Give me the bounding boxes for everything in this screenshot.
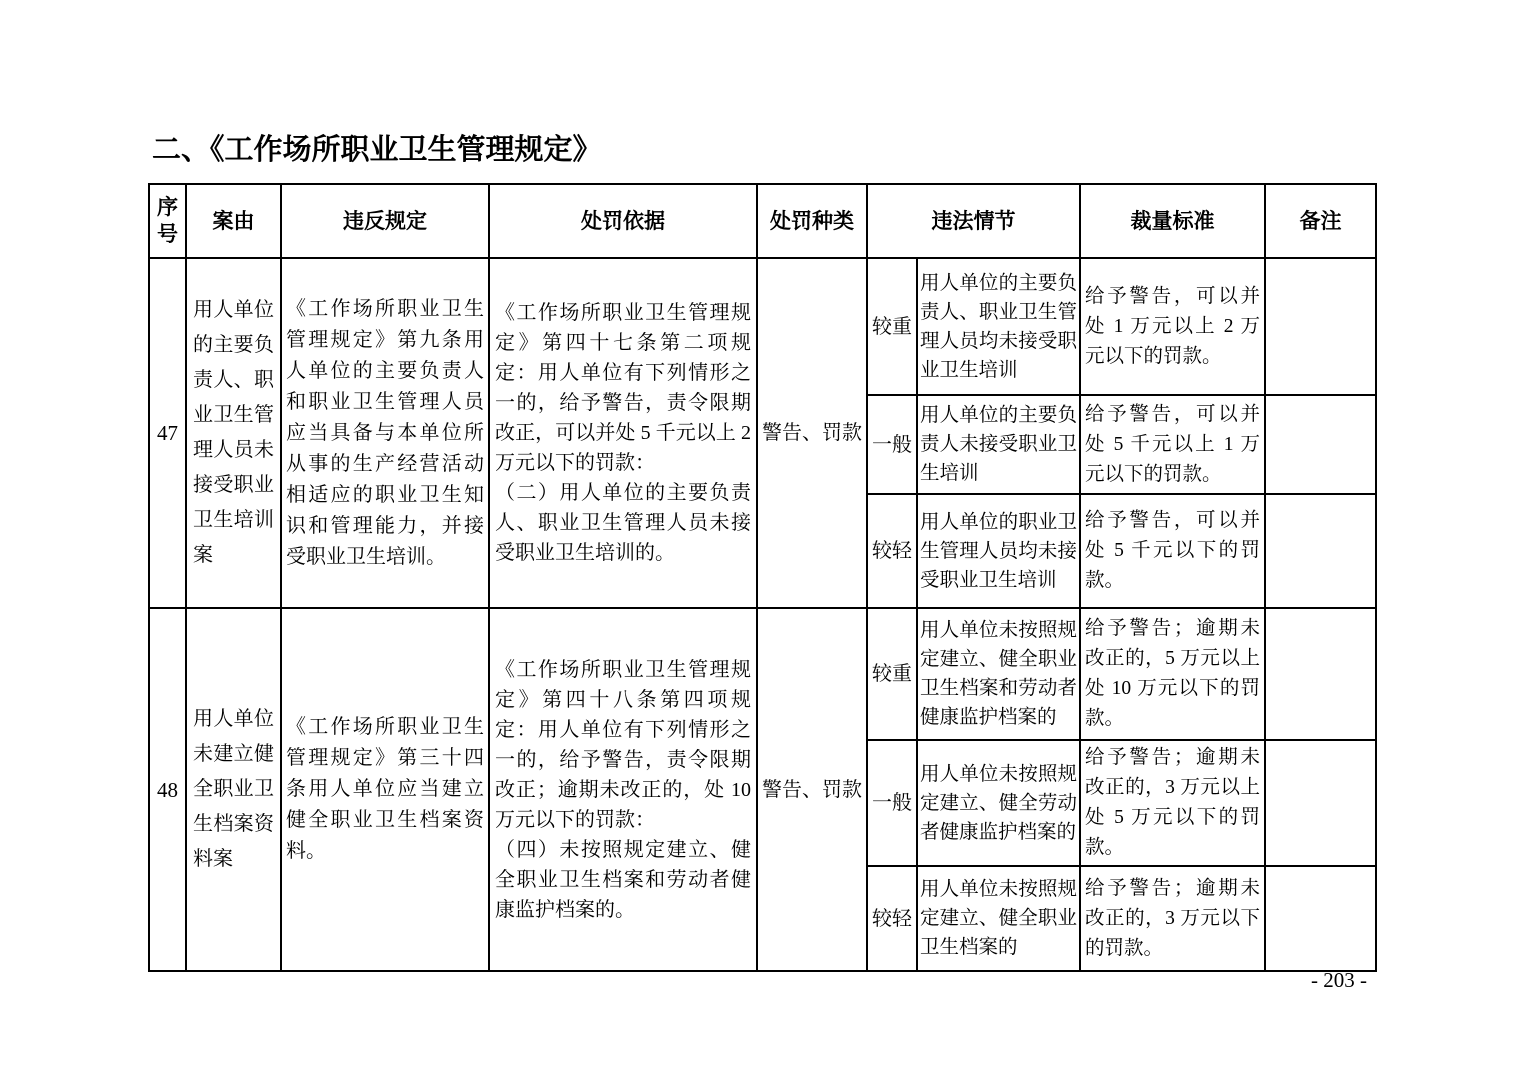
col-header-index: 序号 — [149, 184, 186, 258]
remark-cell — [1265, 866, 1376, 971]
circumstance-cell: 用人单位的职业卫生管理人员均未接受职业卫生培训 — [917, 494, 1080, 608]
circumstance-cell: 用人单位未按照规定建立、健全职业卫生档案和劳动者健康监护档案的 — [917, 608, 1080, 740]
penalty-type-cell: 警告、罚款 — [757, 258, 867, 608]
cause-cell: 用人单位的主要负责人、职业卫生管理人员未接受职业卫生培训案 — [186, 258, 281, 608]
table-row: 48 用人单位未建立健全职业卫生档案资料案 《工作场所职业卫生管理规定》第三十四… — [149, 608, 1376, 740]
discretion-cell: 给予警告；逾期未改正的，5 万元以上处 10 万元以下的罚款。 — [1080, 608, 1265, 740]
discretion-cell: 给予警告；逾期未改正的，3 万元以下的罚款。 — [1080, 866, 1265, 971]
col-header-discretion: 裁量标准 — [1080, 184, 1265, 258]
violation-cell: 《工作场所职业卫生管理规定》第九条用人单位的主要负责人和职业卫生管理人员应当具备… — [281, 258, 489, 608]
cause-cell: 用人单位未建立健全职业卫生档案资料案 — [186, 608, 281, 971]
severity-level-cell: 较轻 — [867, 494, 917, 608]
col-header-cause: 案由 — [186, 184, 281, 258]
violation-cell: 《工作场所职业卫生管理规定》第三十四条用人单位应当建立健全职业卫生档案资料。 — [281, 608, 489, 971]
discretion-cell: 给予警告，可以并处 1 万元以上 2 万元以下的罚款。 — [1080, 258, 1265, 395]
col-header-violation: 违反规定 — [281, 184, 489, 258]
circumstance-cell: 用人单位未按照规定建立、健全职业卫生档案的 — [917, 866, 1080, 971]
severity-level-cell: 一般 — [867, 395, 917, 494]
penalty-type-cell: 警告、罚款 — [757, 608, 867, 971]
circumstance-cell: 用人单位的主要负责人、职业卫生管理人员均未接受职业卫生培训 — [917, 258, 1080, 395]
severity-level-cell: 较轻 — [867, 866, 917, 971]
table-header-row: 序号 案由 违反规定 处罚依据 处罚种类 违法情节 裁量标准 备注 — [149, 184, 1376, 258]
discretion-cell: 给予警告；逾期未改正的，3 万元以上处 5 万元以下的罚款。 — [1080, 740, 1265, 866]
page-number: - 203 - — [148, 968, 1375, 993]
circumstance-cell: 用人单位的主要负责人未接受职业卫生培训 — [917, 395, 1080, 494]
index-cell: 47 — [149, 258, 186, 608]
remark-cell — [1265, 608, 1376, 740]
remark-cell — [1265, 258, 1376, 395]
col-header-circumstances: 违法情节 — [867, 184, 1080, 258]
col-header-remarks: 备注 — [1265, 184, 1376, 258]
remark-cell — [1265, 740, 1376, 866]
discretion-cell: 给予警告，可以并处 5 千元以上 1 万元以下的罚款。 — [1080, 395, 1265, 494]
remark-cell — [1265, 395, 1376, 494]
severity-level-cell: 较重 — [867, 258, 917, 395]
discretion-cell: 给予警告，可以并处 5 千元以下的罚款。 — [1080, 494, 1265, 608]
col-header-penalty-type: 处罚种类 — [757, 184, 867, 258]
penalty-basis-cell: 《工作场所职业卫生管理规定》第四十八条第四项规定：用人单位有下列情形之一的，给予… — [489, 608, 757, 971]
index-cell: 48 — [149, 608, 186, 971]
penalty-basis-cell: 《工作场所职业卫生管理规定》第四十七条第二项规定：用人单位有下列情形之一的，给予… — [489, 258, 757, 608]
table-row: 47 用人单位的主要负责人、职业卫生管理人员未接受职业卫生培训案 《工作场所职业… — [149, 258, 1376, 395]
remark-cell — [1265, 494, 1376, 608]
section-title: 二、《工作场所职业卫生管理规定》 — [152, 134, 602, 166]
penalty-discretion-table: 序号 案由 违反规定 处罚依据 处罚种类 违法情节 裁量标准 备注 47 用人单… — [148, 183, 1377, 972]
severity-level-cell: 较重 — [867, 608, 917, 740]
circumstance-cell: 用人单位未按照规定建立、健全劳动者健康监护档案的 — [917, 740, 1080, 866]
col-header-penalty-basis: 处罚依据 — [489, 184, 757, 258]
document-page: 二、《工作场所职业卫生管理规定》 序号 案由 违反规定 处罚依据 处罚种类 违法… — [0, 0, 1520, 1074]
severity-level-cell: 一般 — [867, 740, 917, 866]
